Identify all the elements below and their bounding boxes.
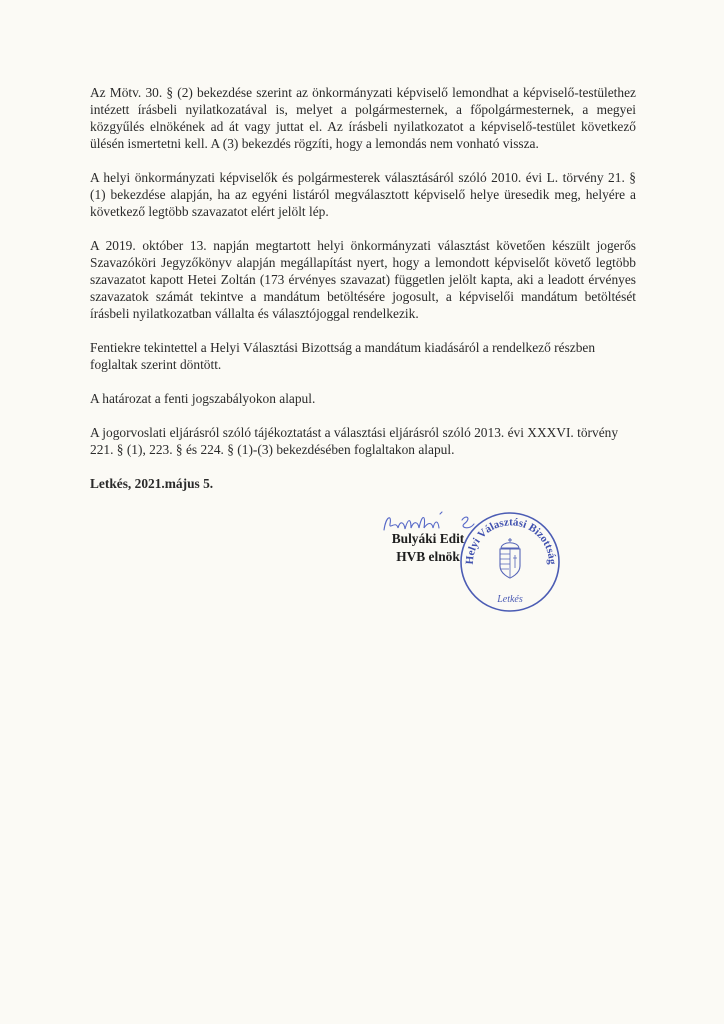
signer-title: HVB elnök — [388, 548, 468, 566]
seal-bottom-text: Letkés — [496, 594, 523, 605]
paragraph-decision: Fentiekre tekintettel a Helyi Választási… — [90, 339, 636, 373]
svg-text:Helyi Választási Bizottság: Helyi Választási Bizottság — [464, 516, 558, 565]
paragraph-ballot-record: A 2019. október 13. napján megtartott he… — [90, 237, 636, 322]
place-date: Letkés, 2021.május 5. — [90, 475, 636, 492]
paragraph-motv: Az Mötv. 30. § (2) bekezdése szerint az … — [90, 84, 636, 152]
official-seal: Helyi Választási Bizottság Letkés — [458, 508, 562, 616]
coat-of-arms-icon — [500, 538, 520, 578]
signer-name: Bulyáki Edit — [388, 530, 468, 548]
document-body: Az Mötv. 30. § (2) bekezdése szerint az … — [90, 84, 636, 509]
paragraph-remedy: A jogorvoslati eljárásról szóló tájékozt… — [90, 424, 636, 458]
seal-ring-text: Helyi Választási Bizottság — [464, 516, 558, 565]
signature-block: Bulyáki Edit HVB elnök — [388, 530, 468, 566]
paragraph-election-law: A helyi önkormányzati képviselők és polg… — [90, 169, 636, 220]
paragraph-legal-basis: A határozat a fenti jogszabályokon alapu… — [90, 390, 636, 407]
